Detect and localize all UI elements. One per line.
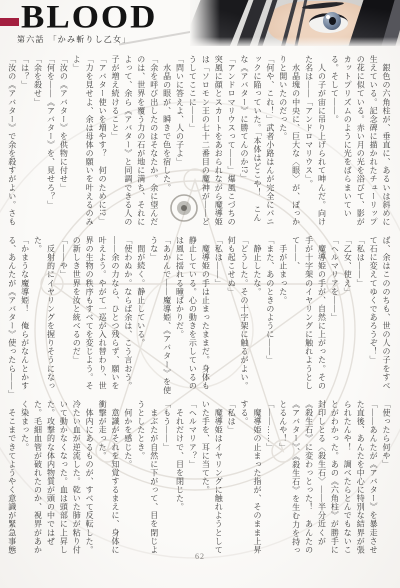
series-logo: BLOOD [21, 1, 157, 33]
header-accent-bar [0, 18, 19, 26]
text-band-lower: 「使ったら何や」 「――あんたが《アバター》を暴走させた直後、あんたを中心に特別… [4, 400, 392, 558]
text-band-upper: 銀色の六角柱が、垂直に、あるいは斜めに生えている。記念碑に描かれたチューリップの… [4, 55, 392, 228]
page-number: 62 [195, 552, 205, 561]
episode-subtitle: 第六話「かみ斬りし乙女」 [17, 34, 131, 45]
banner-bottom-fade [190, 37, 400, 46]
eye-pupil [329, 17, 336, 25]
book-page: BLOOD 第六話「かみ斬りし乙女」 銀色の六角柱が、垂直に、あるいは斜めに生え… [0, 0, 400, 588]
character-eye-illustration [190, 0, 400, 46]
episode-number-label: 第六話 [17, 35, 45, 44]
text-band-middle: ば、余はこののちも、世の人の子をすべて石に変えてゆくであろうぞ！」 「私は――」… [4, 236, 392, 395]
eye-highlight [326, 15, 330, 19]
